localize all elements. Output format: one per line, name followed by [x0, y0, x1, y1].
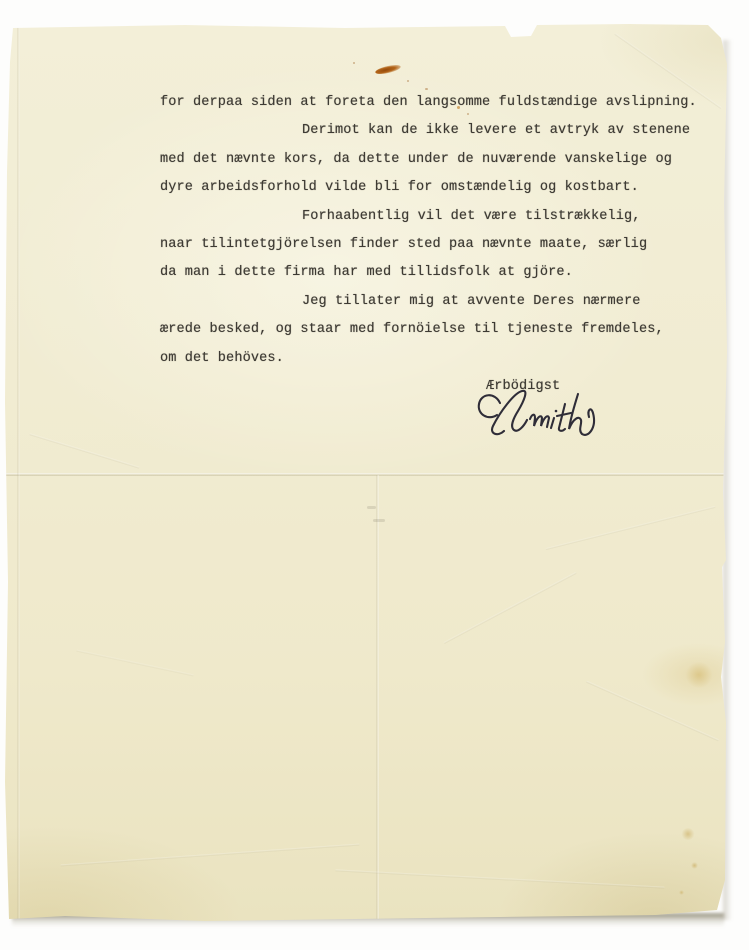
left-edge-crease [17, 22, 20, 922]
letter-line: Derimot kan de ikke levere et avtryk av … [160, 117, 720, 145]
age-spot [691, 862, 698, 869]
age-spot [685, 662, 713, 688]
ink-smudge [367, 506, 376, 509]
letter-line: med det nævnte kors, da dette under de n… [160, 146, 720, 174]
letter-line: da man i dette firma har med tillidsfolk… [160, 259, 720, 287]
letter-body: for derpaa siden at foreta den langsomme… [160, 89, 720, 401]
paper-crease [60, 844, 359, 867]
paper-crease [545, 506, 715, 550]
letter-paper: for derpaa siden at foreta den langsomme… [5, 22, 727, 922]
letter-line: for derpaa siden at foreta den langsomme… [160, 89, 720, 117]
horizontal-fold-crease [5, 473, 727, 476]
letter-line: om det behöves. [160, 345, 720, 373]
paper-crease [76, 650, 194, 677]
letter-line: Jeg tillater mig at avvente Deres nærmer… [160, 288, 720, 316]
letter-closing: Ærbödigst [160, 373, 720, 401]
rust-stain [375, 63, 402, 76]
paper-crease [443, 572, 576, 644]
stain-speck [407, 80, 409, 82]
paper-crease [29, 433, 140, 469]
paper-crease [335, 869, 665, 888]
paper-crease [586, 681, 719, 742]
signature-strokes [473, 384, 623, 442]
age-spot [679, 890, 684, 895]
scanned-letter-page: for derpaa siden at foreta den langsomme… [0, 0, 749, 950]
age-spot [681, 828, 695, 840]
signature: C. Smith [473, 384, 623, 442]
letter-line: dyre arbeidsforhold vilde bli for omstæn… [160, 174, 720, 202]
letter-line: ærede besked, og staar med fornöielse ti… [160, 316, 720, 344]
stain-speck [353, 62, 355, 64]
letter-line: naar tilintetgjörelsen finder sted paa n… [160, 231, 720, 259]
vertical-fold-crease [376, 475, 379, 922]
ink-smudge [373, 519, 385, 522]
letter-line: Forhaabentlig vil det være tilstrækkelig… [160, 203, 720, 231]
